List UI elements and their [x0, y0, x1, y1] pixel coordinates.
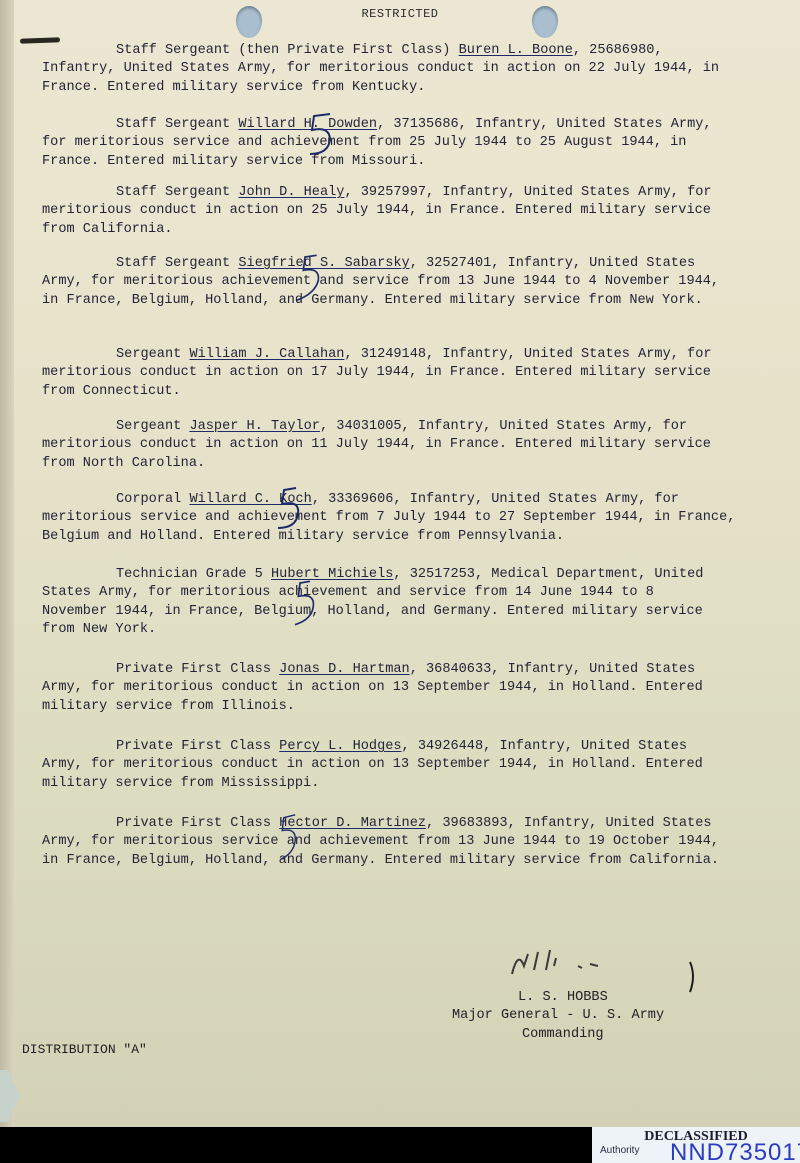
citation-rank: Staff Sergeant — [116, 256, 230, 271]
signatory-title: Major General - U. S. Army — [452, 1008, 664, 1023]
citation-rank: Corporal — [116, 492, 181, 507]
citation-rank: Sergeant — [116, 419, 181, 434]
stamp-authority-number: NND735017 — [670, 1139, 800, 1163]
restricted-marking: RESTRICTED — [0, 7, 800, 21]
distribution-line: DISTRIBUTION "A" — [22, 1042, 147, 1057]
citation-name: Buren L. Boone — [459, 43, 573, 58]
citation-rank: Staff Sergeant — [116, 117, 230, 132]
citation-rank: Private First Class — [116, 739, 271, 754]
citation-name: Siegfried S. Sabarsky — [238, 256, 409, 271]
citation-3: Staff Sergeant John D. Healy, 39257997, … — [42, 184, 722, 239]
citation-11: Private First Class Hector D. Martinez, … — [42, 815, 722, 870]
citation-rank: Staff Sergeant — [116, 185, 230, 200]
signatory-name: L. S. HOBBS — [518, 990, 608, 1005]
citation-10: Private First Class Percy L. Hodges, 349… — [42, 738, 722, 793]
citation-rank: Private First Class — [116, 662, 271, 677]
corner-tab — [0, 1070, 20, 1122]
citation-name: Percy L. Hodges — [279, 739, 401, 754]
citation-2: Staff Sergeant Willard H. Dowden, 371356… — [42, 116, 722, 171]
citation-name: Hector D. Martinez — [279, 816, 426, 831]
citation-name: Willard H. Dowden — [238, 117, 377, 132]
citation-7: Corporal Willard C. Koch, 33369606, Infa… — [42, 491, 752, 546]
declassified-stamp: DECLASSIFIED Authority NND735017 — [592, 1127, 800, 1163]
stamp-authority-label: Authority — [600, 1145, 639, 1156]
citation-rank: Technician Grade 5 — [116, 567, 263, 582]
citation-rank: Private First Class — [116, 816, 271, 831]
citation-rank: Sergeant — [116, 347, 181, 362]
citation-name: Hubert Michiels — [271, 567, 393, 582]
signature-icon — [508, 944, 628, 980]
citation-9: Private First Class Jonas D. Hartman, 36… — [42, 661, 722, 716]
citation-rank: Staff Sergeant (then Private First Class… — [116, 43, 450, 58]
bracket-mark-icon — [688, 960, 698, 994]
page-edge — [0, 0, 14, 1127]
citation-5: Sergeant William J. Callahan, 31249148, … — [42, 346, 722, 401]
signatory-role: Commanding — [522, 1027, 604, 1042]
citation-name: Jonas D. Hartman — [279, 662, 410, 677]
citation-name: William J. Callahan — [189, 347, 344, 362]
citation-1: Staff Sergeant (then Private First Class… — [42, 42, 722, 97]
citation-8: Technician Grade 5 Hubert Michiels, 3251… — [42, 566, 722, 639]
citation-name: John D. Healy — [238, 185, 344, 200]
citation-6: Sergeant Jasper H. Taylor, 34031005, Inf… — [42, 418, 722, 473]
citation-4: Staff Sergeant Siegfried S. Sabarsky, 32… — [42, 255, 722, 310]
citation-name: Jasper H. Taylor — [189, 419, 320, 434]
citation-name: Willard C. Koch — [189, 492, 311, 507]
document-page: RESTRICTED Staff Sergeant (then Private … — [0, 0, 800, 1127]
